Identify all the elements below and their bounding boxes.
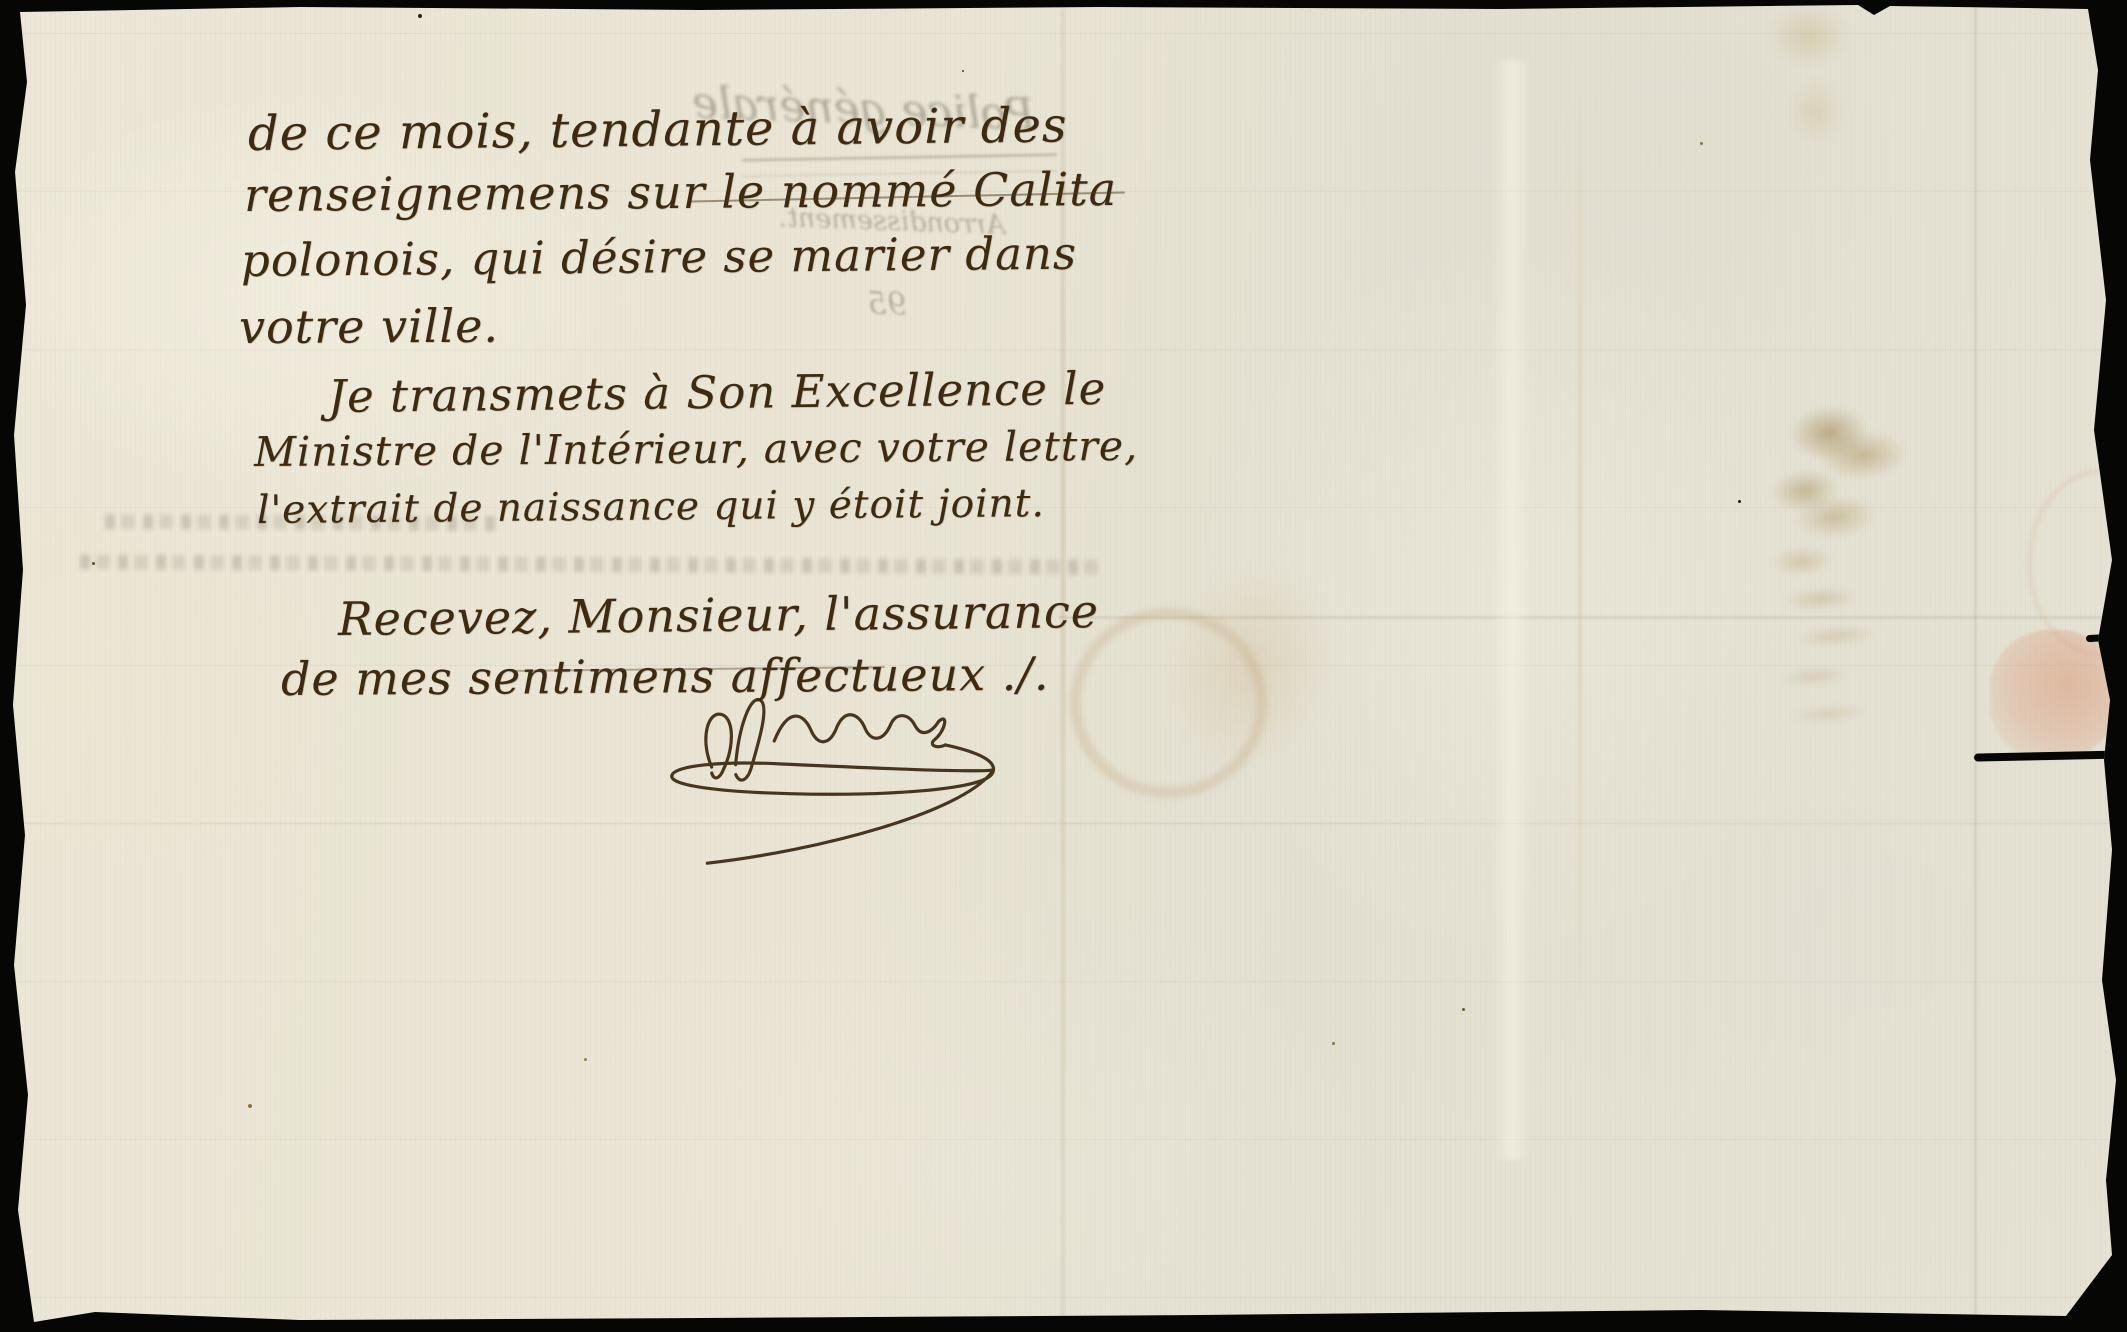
ink-smudge-stain xyxy=(1723,391,1947,754)
seal-ghost-arc xyxy=(2028,470,2127,656)
signature-flourish xyxy=(638,682,1021,889)
bleedthrough-number: 95 xyxy=(851,285,922,323)
paper-speck xyxy=(1738,500,1741,503)
handwriting-line: Je transmets à Son Excellence le xyxy=(328,362,1107,423)
paper-speck xyxy=(248,1104,252,1108)
paper-edge-tear xyxy=(1974,750,2127,761)
handwriting-line: l'extrait de naissance qui y étoit joint… xyxy=(257,481,1045,533)
paper-speck xyxy=(1332,1042,1335,1045)
paper-sheet: Police générale Arrondissement. 95 de ce… xyxy=(0,0,2127,1332)
handwriting-line: Recevez, Monsieur, l'assurance xyxy=(338,584,1099,646)
paper-speck xyxy=(962,70,964,72)
corner-stain xyxy=(1768,6,1848,66)
handwriting-line: renseignemens sur le nommé Calita xyxy=(244,162,1117,222)
paper-speck xyxy=(584,1058,587,1061)
paper-yellow-streak xyxy=(1578,100,1582,1000)
scanned-letter-verso: Police générale Arrondissement. 95 de ce… xyxy=(0,0,2127,1332)
corner-stain xyxy=(1788,78,1843,144)
fold-crease-vertical-right xyxy=(1974,8,1977,1324)
handwriting-line: votre ville. xyxy=(239,299,499,354)
bleedthrough-print-line xyxy=(80,554,1100,574)
paper-speck xyxy=(92,562,95,565)
handwriting-line: de ce mois, tendante à avoir des xyxy=(248,97,1068,162)
wax-seal-residue xyxy=(1990,630,2122,760)
paper-edge-tear xyxy=(2086,633,2127,642)
paper-speck xyxy=(1700,142,1703,145)
handwriting-line: Ministre de l'Intérieur, avec votre lett… xyxy=(254,422,1138,476)
paper-speck xyxy=(418,14,422,18)
paper-speck xyxy=(1462,1008,1465,1011)
paper-light-band xyxy=(1492,60,1532,1160)
handwriting-line: polonois, qui désire se marier dans xyxy=(241,227,1077,287)
